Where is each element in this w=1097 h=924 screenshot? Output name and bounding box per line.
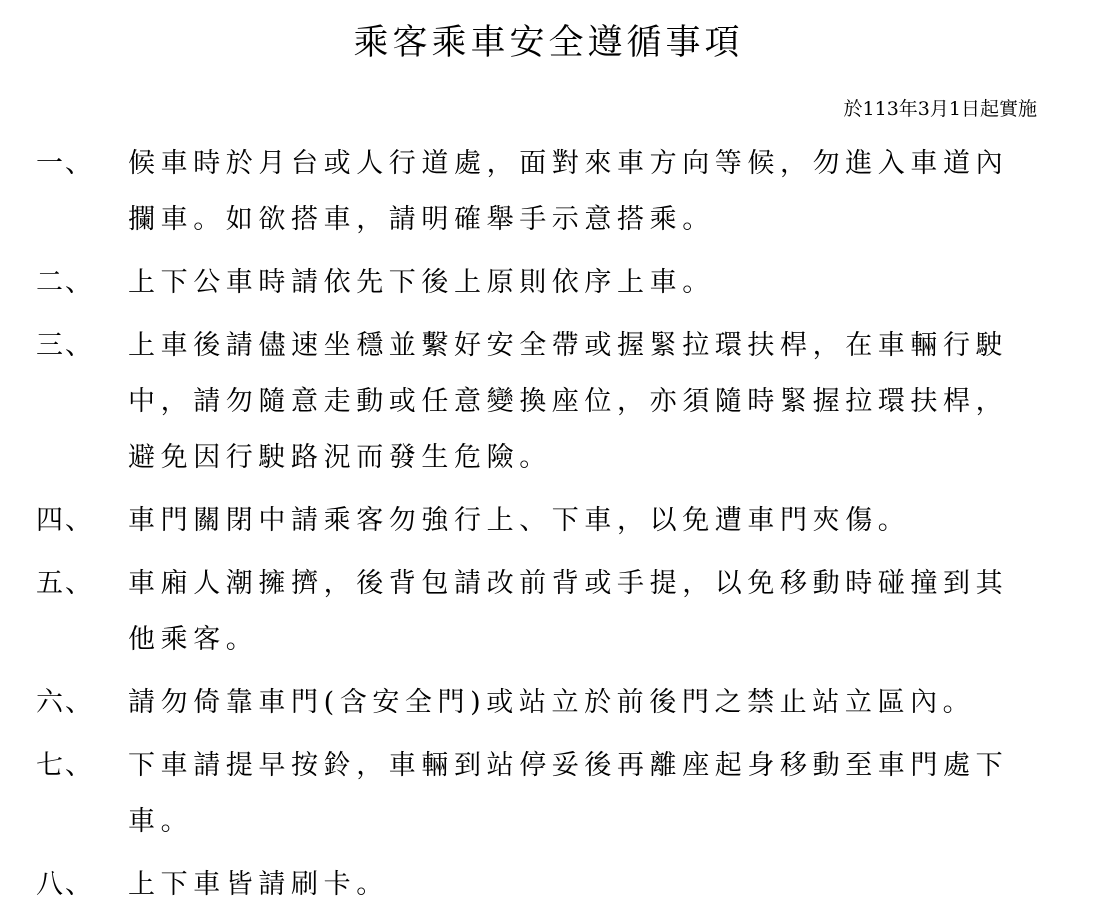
rule-text: 候車時於月台或人行道處，面對來車方向等候，勿進入車道內 攔車。如欲搭車，請明確舉… <box>128 136 1053 248</box>
rule-text: 請勿倚靠車門(含安全門)或站立於前後門之禁止站立區內。 <box>128 675 1053 731</box>
rule-line: 下車請提早按鈴，車輛到站停妥後再離座起身移動至車門處下 <box>128 738 1053 794</box>
rule-line: 他乘客。 <box>128 612 1053 668</box>
rule-line: 上車後請儘速坐穩並繫好安全帶或握緊拉環扶桿，在車輛行駛 <box>128 318 1053 374</box>
rule-number: 三、 <box>36 318 128 374</box>
rule-number: 五、 <box>36 556 128 612</box>
rule-text: 上下公車時請依先下後上原則依序上車。 <box>128 255 1053 311</box>
rule-item: 一、 候車時於月台或人行道處，面對來車方向等候，勿進入車道內 攔車。如欲搭車，請… <box>0 136 1097 248</box>
rule-item: 四、 車門關閉中請乘客勿強行上、下車，以免遭車門夾傷。 <box>0 493 1097 549</box>
rule-text: 車廂人潮擁擠，後背包請改前背或手提，以免移動時碰撞到其 他乘客。 <box>128 556 1053 668</box>
rule-item: 八、 上下車皆請刷卡。 <box>0 857 1097 913</box>
effective-date: 於113年3月1日起實施 <box>844 94 1037 124</box>
rule-text: 上下車皆請刷卡。 <box>128 857 1053 913</box>
rules-list: 一、 候車時於月台或人行道處，面對來車方向等候，勿進入車道內 攔車。如欲搭車，請… <box>0 136 1097 913</box>
rule-item: 三、 上車後請儘速坐穩並繫好安全帶或握緊拉環扶桿，在車輛行駛 中，請勿隨意走動或… <box>0 318 1097 486</box>
rule-number: 七、 <box>36 738 128 794</box>
rule-line: 上下公車時請依先下後上原則依序上車。 <box>128 255 1053 311</box>
rule-line: 車門關閉中請乘客勿強行上、下車，以免遭車門夾傷。 <box>128 493 1053 549</box>
rule-line: 候車時於月台或人行道處，面對來車方向等候，勿進入車道內 <box>128 136 1053 192</box>
rule-line: 車廂人潮擁擠，後背包請改前背或手提，以免移動時碰撞到其 <box>128 556 1053 612</box>
rule-item: 七、 下車請提早按鈴，車輛到站停妥後再離座起身移動至車門處下 車。 <box>0 738 1097 850</box>
rule-line: 車。 <box>128 794 1053 850</box>
document-title: 乘客乘車安全遵循事項 <box>0 18 1097 68</box>
rule-line: 上下車皆請刷卡。 <box>128 857 1053 913</box>
rule-line: 攔車。如欲搭車，請明確舉手示意搭乘。 <box>128 192 1053 248</box>
rule-number: 六、 <box>36 675 128 731</box>
rule-text: 車門關閉中請乘客勿強行上、下車，以免遭車門夾傷。 <box>128 493 1053 549</box>
rule-text: 上車後請儘速坐穩並繫好安全帶或握緊拉環扶桿，在車輛行駛 中，請勿隨意走動或任意變… <box>128 318 1053 486</box>
rule-number: 二、 <box>36 255 128 311</box>
rule-number: 四、 <box>36 493 128 549</box>
rule-item: 六、 請勿倚靠車門(含安全門)或站立於前後門之禁止站立區內。 <box>0 675 1097 731</box>
rule-line: 避免因行駛路況而發生危險。 <box>128 430 1053 486</box>
rule-line: 請勿倚靠車門(含安全門)或站立於前後門之禁止站立區內。 <box>128 675 1053 731</box>
rule-line: 中，請勿隨意走動或任意變換座位，亦須隨時緊握拉環扶桿， <box>128 374 1053 430</box>
rule-item: 二、 上下公車時請依先下後上原則依序上車。 <box>0 255 1097 311</box>
rule-number: 八、 <box>36 857 128 913</box>
rule-item: 五、 車廂人潮擁擠，後背包請改前背或手提，以免移動時碰撞到其 他乘客。 <box>0 556 1097 668</box>
rule-number: 一、 <box>36 136 128 192</box>
rule-text: 下車請提早按鈴，車輛到站停妥後再離座起身移動至車門處下 車。 <box>128 738 1053 850</box>
